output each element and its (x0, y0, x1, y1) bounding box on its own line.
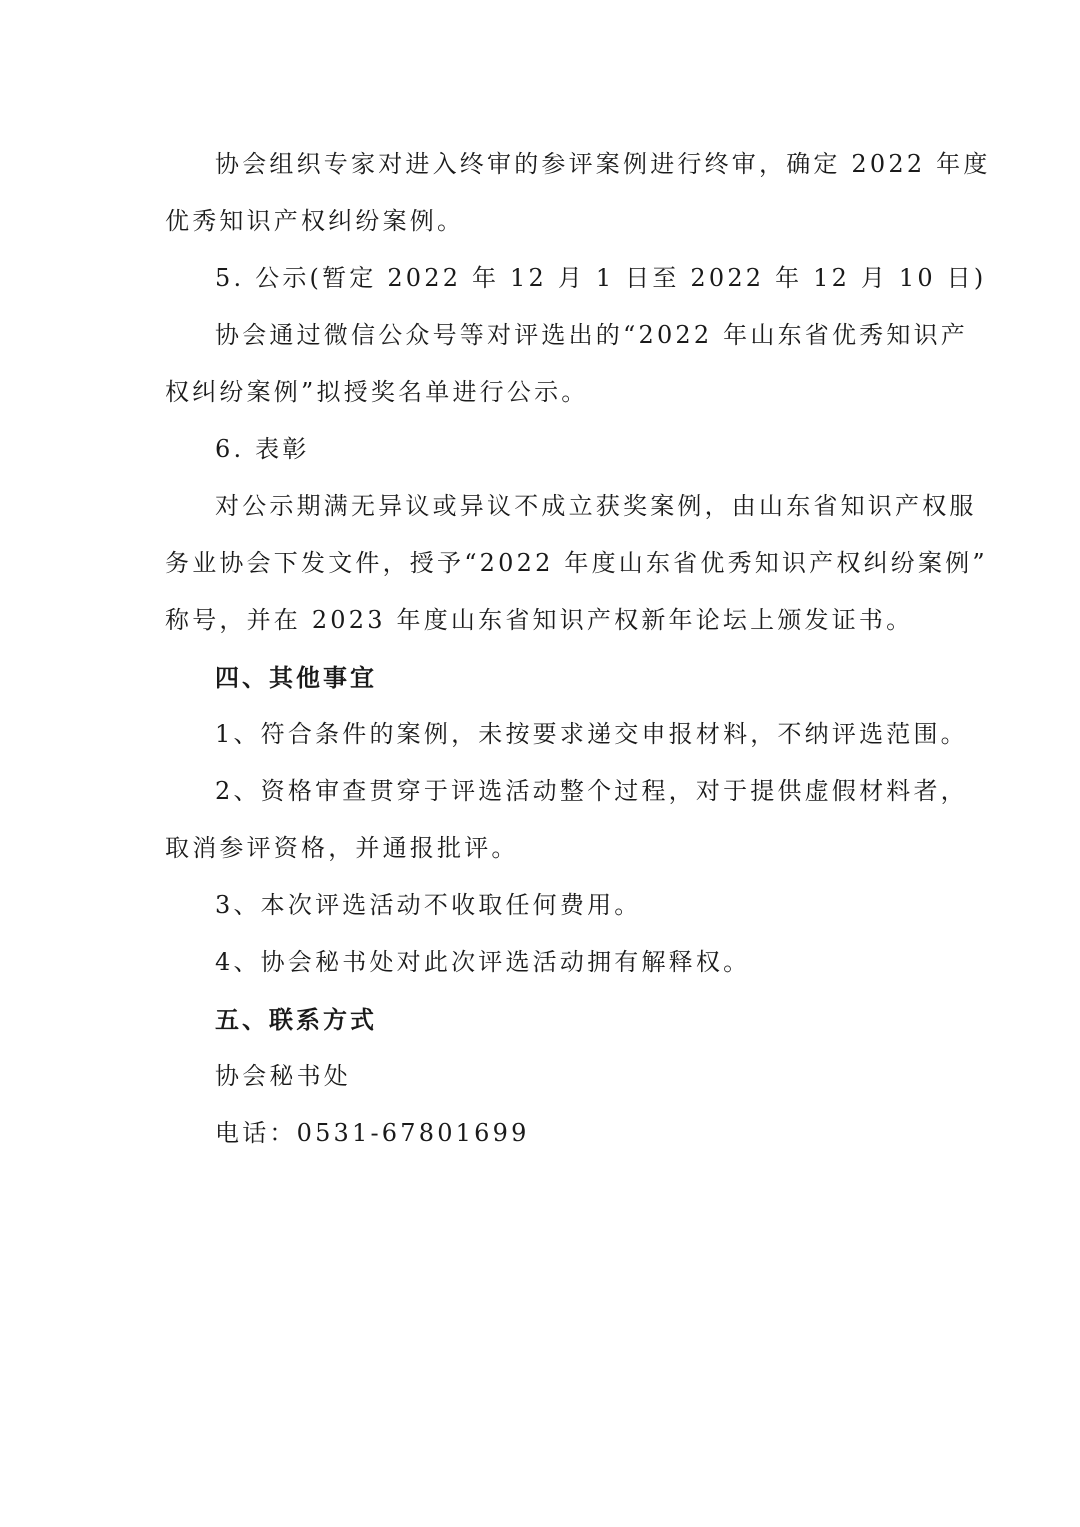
contact-heading: 五、联系方式 (165, 991, 920, 1048)
text-line: 协会组织专家对进入终审的参评案例进行终审，确定 2022 年度 (165, 136, 920, 193)
list-item-text: 3、本次评选活动不收取任何费用。 (165, 877, 920, 934)
commendation-paragraph: 对公示期满无异议或异议不成立获奖案例，由山东省知识产权服 务业协会下发文件，授予… (165, 478, 920, 649)
list-item-text: 取消参评资格，并通报批评。 (165, 820, 920, 877)
commendation-subheading: 6. 表彰 (165, 421, 920, 478)
list-item-text: 2、资格审查贯穿于评选活动整个过程，对于提供虚假材料者， (165, 763, 920, 820)
text-line: 对公示期满无异议或异议不成立获奖案例，由山东省知识产权服 (165, 478, 920, 535)
list-item-text: 4、协会秘书处对此次评选活动拥有解释权。 (165, 934, 920, 991)
contact-phone-text: 电话：0531-67801699 (165, 1105, 920, 1162)
other-matters-item-1: 1、符合条件的案例，未按要求递交申报材料，不纳评选范围。 (165, 706, 920, 763)
final-review-paragraph: 协会组织专家对进入终审的参评案例进行终审，确定 2022 年度 优秀知识产权纠纷… (165, 136, 920, 250)
contact-office-text: 协会秘书处 (165, 1048, 920, 1105)
contact-office: 协会秘书处 (165, 1048, 920, 1105)
contact-phone: 电话：0531-67801699 (165, 1105, 920, 1162)
other-matters-heading: 四、其他事宜 (165, 649, 920, 706)
text-line: 权纠纷案例”拟授奖名单进行公示。 (165, 364, 920, 421)
other-matters-item-4: 4、协会秘书处对此次评选活动拥有解释权。 (165, 934, 920, 991)
text-line: 称号，并在 2023 年度山东省知识产权新年论坛上颁发证书。 (165, 592, 920, 649)
publicity-subheading: 5. 公示(暂定 2022 年 12 月 1 日至 2022 年 12 月 10… (165, 250, 920, 307)
section-heading-text: 五、联系方式 (165, 991, 920, 1048)
text-line: 协会通过微信公众号等对评选出的“2022 年山东省优秀知识产 (165, 307, 920, 364)
list-item-text: 1、符合条件的案例，未按要求递交申报材料，不纳评选范围。 (165, 706, 920, 763)
subheading-text: 5. 公示(暂定 2022 年 12 月 1 日至 2022 年 12 月 10… (165, 250, 920, 307)
document-page: 协会组织专家对进入终审的参评案例进行终审，确定 2022 年度 优秀知识产权纠纷… (165, 136, 920, 1162)
other-matters-item-3: 3、本次评选活动不收取任何费用。 (165, 877, 920, 934)
text-line: 优秀知识产权纠纷案例。 (165, 193, 920, 250)
publicity-paragraph: 协会通过微信公众号等对评选出的“2022 年山东省优秀知识产 权纠纷案例”拟授奖… (165, 307, 920, 421)
subheading-text: 6. 表彰 (165, 421, 920, 478)
section-heading-text: 四、其他事宜 (165, 649, 920, 706)
other-matters-item-2: 2、资格审查贯穿于评选活动整个过程，对于提供虚假材料者， 取消参评资格，并通报批… (165, 763, 920, 877)
text-line: 务业协会下发文件，授予“2022 年度山东省优秀知识产权纠纷案例” (165, 535, 920, 592)
